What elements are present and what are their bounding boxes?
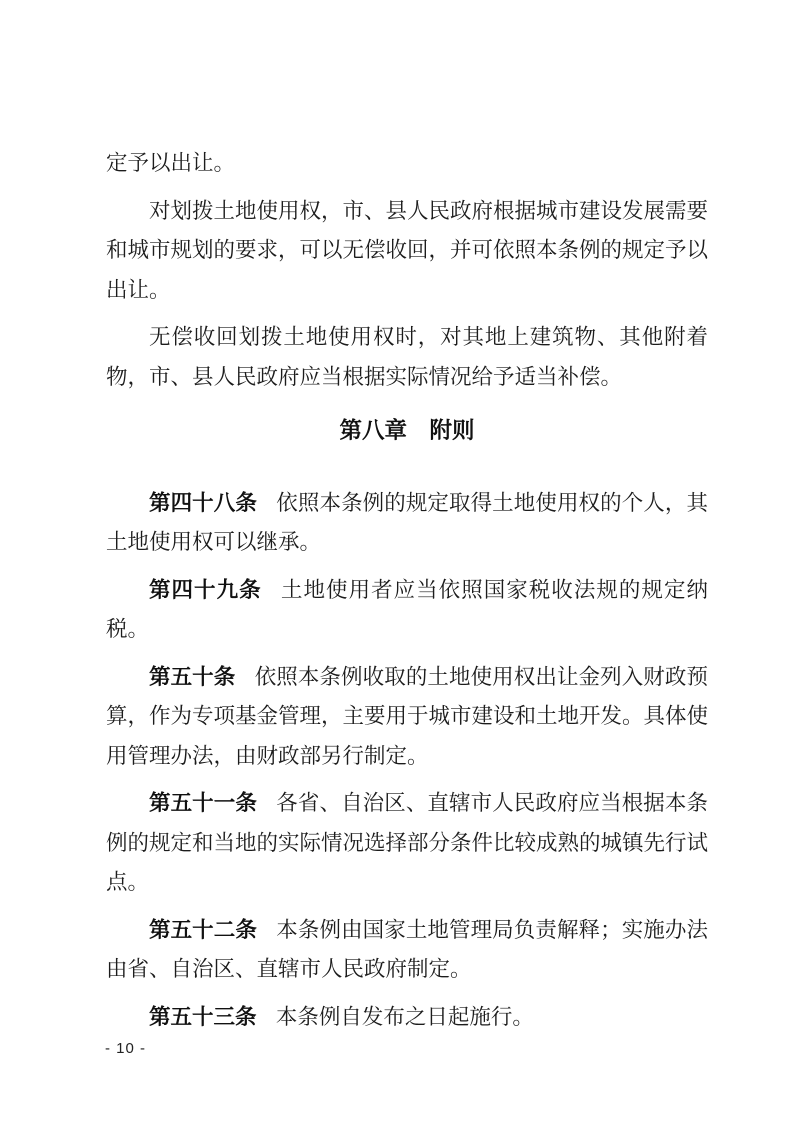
body-paragraph: 无偿收回划拨土地使用权时，对其地上建筑物、其他附着物，市、县人民政府应当根据实际… [106,318,708,397]
article-number: 第五十二条 [149,918,257,942]
document-page: 定予以出让。对划拨土地使用权，市、县人民政府根据城市建设发展需要和城市规划的要求… [0,0,793,1122]
article-number: 第五十三条 [149,1005,257,1029]
article-paragraph: 第五十一条各省、自治区、直辖市人民政府应当根据本条例的规定和当地的实际情况选择部… [106,784,708,903]
article-number: 第四十八条 [149,491,257,515]
article-paragraph: 第五十二条本条例由国家土地管理局负责解释；实施办法由省、自治区、直辖市人民政府制… [106,911,708,990]
document-body: 定予以出让。对划拨土地使用权，市、县人民政府根据城市建设发展需要和城市规划的要求… [106,144,708,1037]
article-text: 本条例自发布之日起施行。 [276,1005,534,1029]
article-number: 第五十条 [149,665,235,689]
chapter-heading: 第八章 附则 [106,411,708,451]
article-number: 第四十九条 [149,578,262,602]
article-paragraph: 第五十条依照本条例收取的土地使用权出让金列入财政预算，作为专项基金管理，主要用于… [106,658,708,777]
page-footer: - 10 - [105,1040,146,1058]
continuation-paragraph: 定予以出让。 [106,144,708,184]
page-number: - 10 - [105,1040,146,1057]
body-paragraph: 对划拨土地使用权，市、县人民政府根据城市建设发展需要和城市规划的要求，可以无偿收… [106,192,708,311]
article-number: 第五十一条 [149,791,257,815]
article-paragraph: 第四十八条依照本条例的规定取得土地使用权的个人，其土地使用权可以继承。 [106,484,708,563]
article-paragraph: 第四十九条土地使用者应当依照国家税收法规的规定纳税。 [106,571,708,650]
article-paragraph: 第五十三条本条例自发布之日起施行。 [106,998,708,1038]
